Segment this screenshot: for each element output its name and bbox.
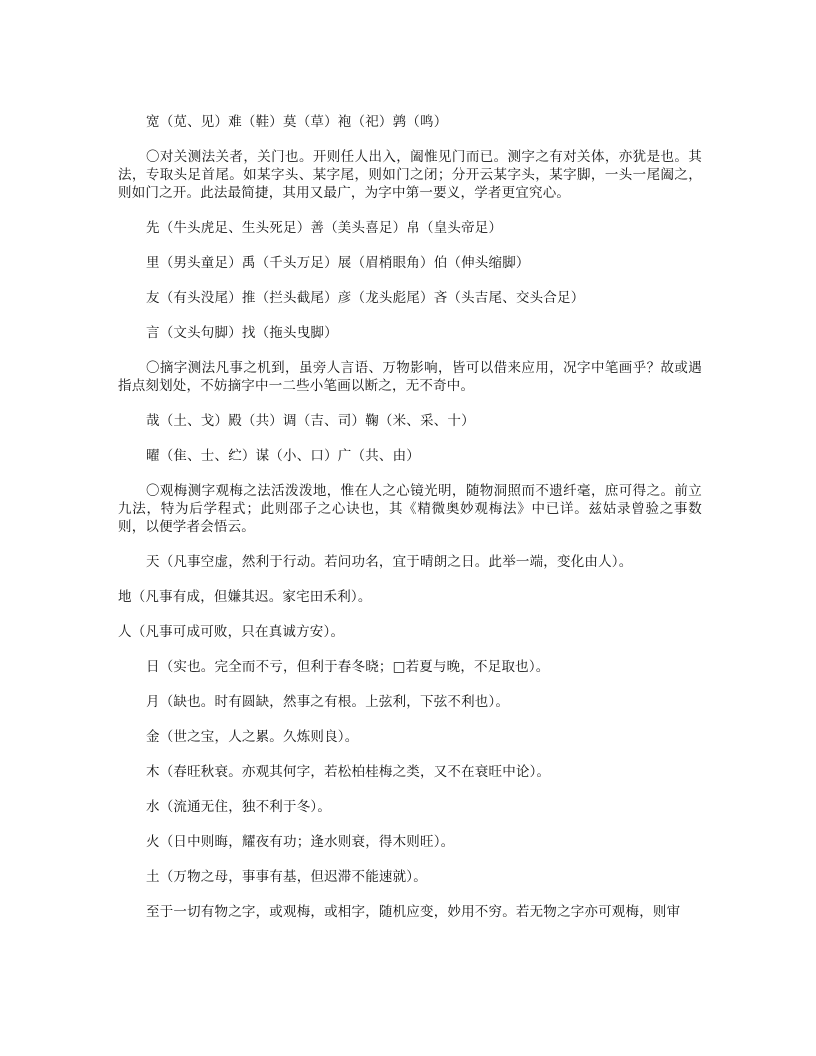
method-paragraph-zhaizi: 〇摘字测法凡事之机到，虽旁人言语、万物影响，皆可以借来应用，况字中笔画乎？故或遇… [118,359,702,395]
entry-di: 地（凡事有成，但嫌其迟。家宅田禾利）。 [118,588,702,606]
char-list-paragraph: 言（文头句脚）找（拖头曳脚） [118,324,702,342]
entry-tu: 土（万物之母，事事有基，但迟滞不能速就）。 [118,868,702,886]
char-list-paragraph: 友（有头没尾）推（拦头截尾）彦（龙头彪尾）吝（头吉尾、交头合足） [118,289,702,307]
char-list-paragraph: 里（男头童足）禹（千头万足）展（眉梢眼角）伯（伸头缩脚） [118,254,702,272]
entry-shui: 水（流通无住，独不利于冬）。 [118,798,702,816]
method-paragraph-duiguan: 〇对关测法关者，关门也。开则任人出入，阖惟见门而已。测字之有对关体，亦犹是也。其… [118,148,702,202]
entry-mu: 木（春旺秋衰。亦观其何字，若松柏桂梅之类，又不在衰旺中论）。 [118,763,702,781]
entry-huo: 火（日中则晦，耀夜有功；逢水则衰，得木则旺）。 [118,833,702,851]
char-list-paragraph: 宽（苋、见）难（鞋）莫（草）袍（祀）鹑（鸣） [118,113,702,131]
entry-jin: 金（世之宝，人之累。久炼则良）。 [118,728,702,746]
entry-ren: 人（凡事可成可败，只在真诚方安）。 [118,623,702,641]
closing-paragraph: 至于一切有物之字，或观梅，或相字，随机应变，妙用不穷。若无物之字亦可观梅，则审 [118,903,702,921]
entry-tian: 天（凡事空虚，然利于行动。若问功名，宜于晴朗之日。此举一端，变化由人）。 [118,553,702,571]
char-list-paragraph: 先（牛头虎足、生头死足）善（美头喜足）帛（皇头帝足） [118,219,702,237]
entry-yue: 月（缺也。时有圆缺，然事之有根。上弦利，下弦不利也）。 [118,693,702,711]
document-page: 宽（苋、见）难（鞋）莫（草）袍（祀）鹑（鸣） 〇对关测法关者，关门也。开则任人出… [118,113,702,938]
method-paragraph-guanmei: 〇观梅测字观梅之法活泼泼地，惟在人之心镜光明，随物洞照而不遗纤毫，庶可得之。前立… [118,482,702,536]
entry-ri: 日（实也。完全而不亏，但利于春冬晓；□若夏与晚，不足取也）。 [118,658,702,676]
char-list-paragraph: 哉（土、戈）殿（共）调（吉、司）鞠（米、采、十） [118,412,702,430]
char-list-paragraph: 曜（隹、士、纻）谋（小、口）广（共、由） [118,447,702,465]
